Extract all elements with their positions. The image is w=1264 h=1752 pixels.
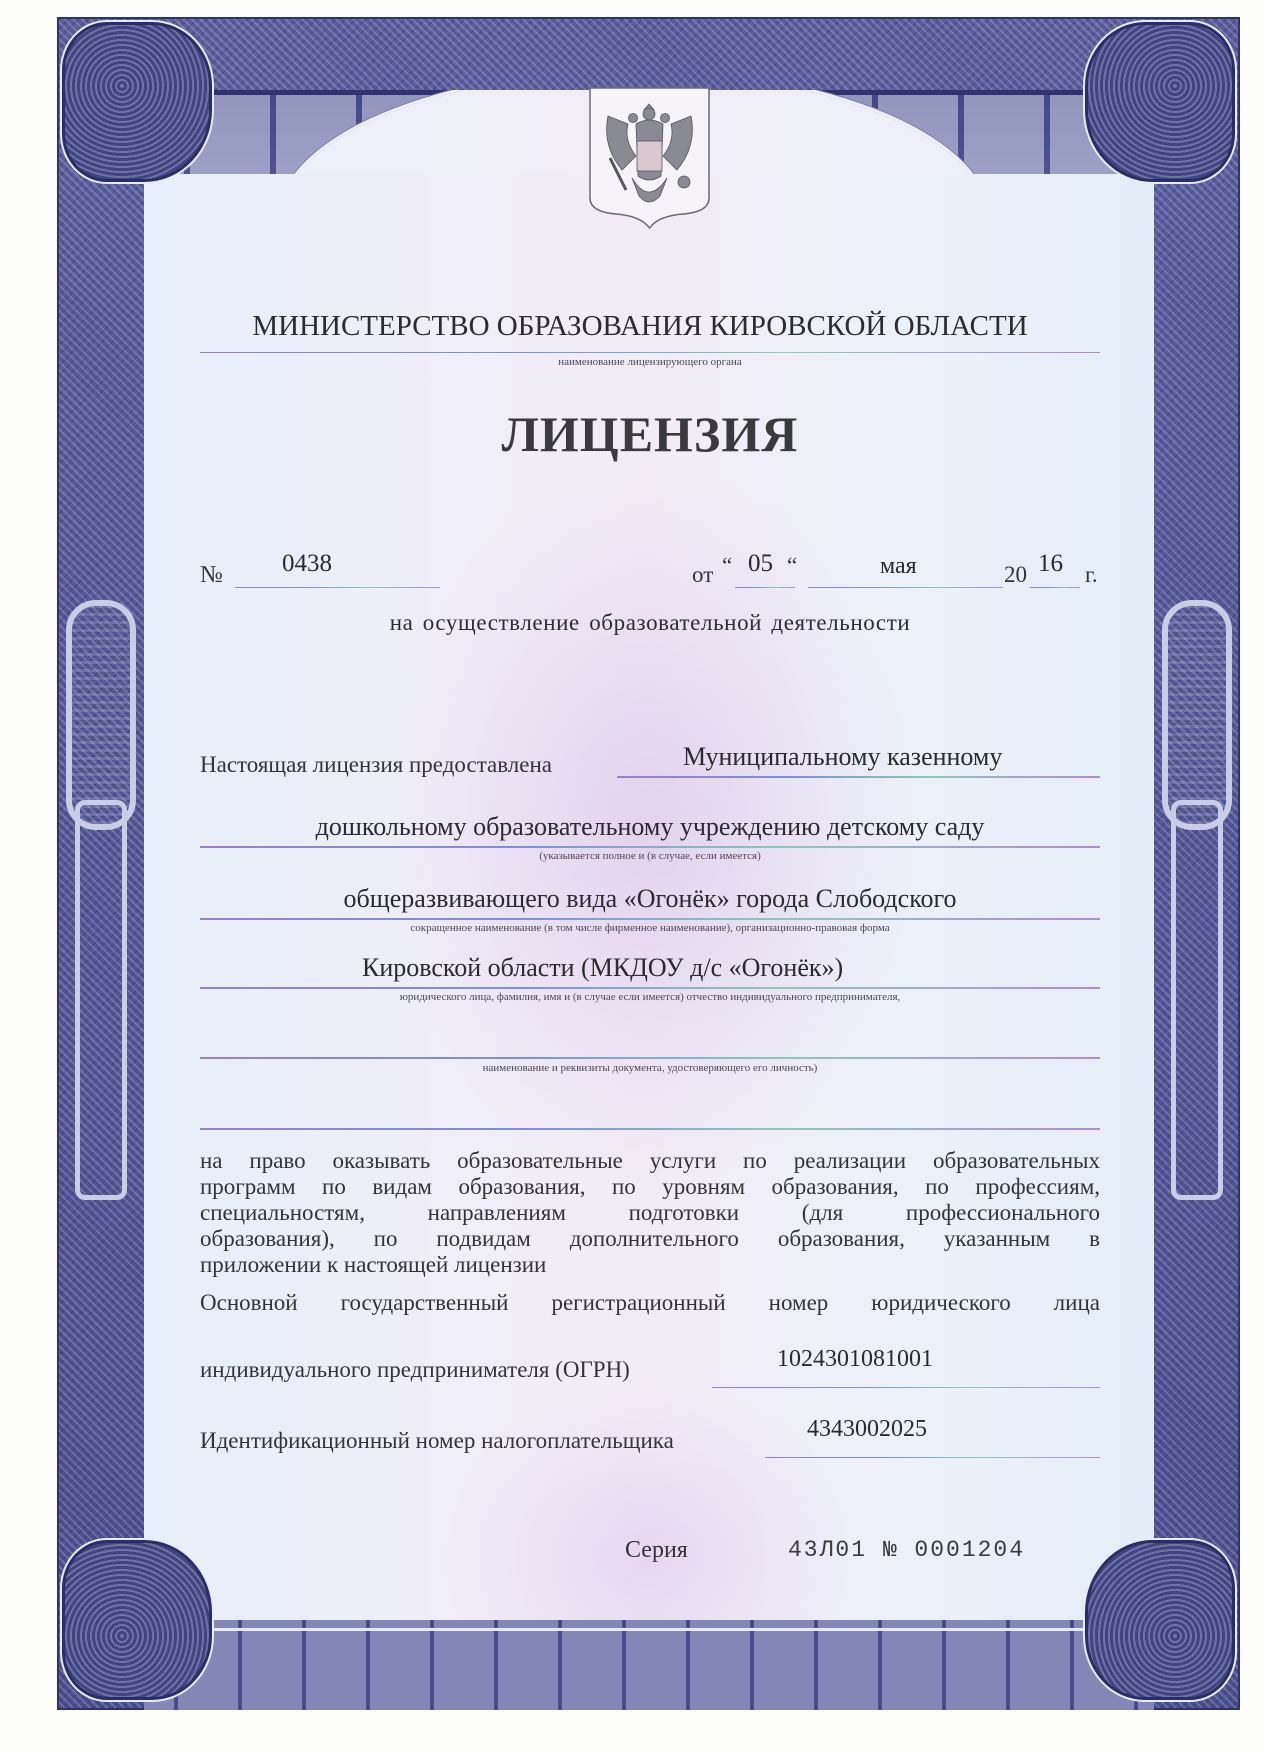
quote-open: “	[722, 553, 732, 579]
year-rule	[1030, 587, 1080, 588]
from-label: от	[692, 562, 713, 588]
coat-of-arms-icon	[588, 86, 711, 230]
licensee-rule-2	[200, 846, 1100, 848]
paragraph-line: приложении к настоящей лицензии	[200, 1252, 1100, 1278]
series-number: 43Л01 № 0001204	[788, 1537, 1025, 1563]
bottom-ornament-band	[144, 1620, 1154, 1710]
licensee-rule-3	[200, 918, 1100, 920]
ogrn-heading: Основной государственный регистрационный…	[200, 1290, 1100, 1316]
side-panel-ornament-icon	[1171, 800, 1223, 1200]
licensee-caption-4: юридического лица, фамилия, имя и (в слу…	[400, 991, 901, 1003]
knot-ornament-icon	[1162, 600, 1232, 830]
authority-rule	[200, 352, 1100, 353]
licensee-label: Настоящая лицензия предоставлена	[200, 752, 552, 778]
paragraph-line: на право оказывать образовательные услуг…	[200, 1148, 1100, 1174]
ogrn-value: 1024301081001	[777, 1346, 933, 1373]
licensee-line-1: Муниципальному казенному	[683, 742, 1002, 772]
day-rule	[735, 587, 795, 588]
licensee-line-4: Кировской области (МКДОУ д/с «Огонёк»)	[362, 953, 843, 983]
license-purpose: на осуществление образовательной деятель…	[200, 610, 1100, 636]
corner-ornament-icon	[62, 22, 212, 182]
side-panel-ornament-icon	[75, 800, 127, 1200]
licensee-caption-5: наименование и реквизиты документа, удос…	[483, 1062, 818, 1074]
corner-ornament-icon	[62, 1540, 212, 1700]
year-prefix: 20	[1004, 562, 1027, 588]
knot-ornament-icon	[66, 600, 136, 830]
inn-rule	[765, 1457, 1100, 1458]
blank-rule	[200, 1128, 1100, 1130]
number-sign: №	[200, 562, 223, 589]
rights-paragraph: на право оказывать образовательные услуг…	[200, 1148, 1100, 1278]
issue-year: 16	[1038, 550, 1063, 578]
paragraph-line: программ по видам образования, по уровня…	[200, 1174, 1100, 1200]
licensee-line-3: общеразвивающего вида «Огонёк» города Сл…	[200, 884, 1100, 914]
licensee-caption-2: (указывается полное и (в случае, если им…	[539, 850, 761, 862]
quote-close: “	[787, 553, 797, 579]
issue-month: мая	[880, 553, 917, 580]
paragraph-line: специальностям, направлениям подготовки …	[200, 1200, 1100, 1226]
licensee-rule-5	[200, 1057, 1100, 1059]
licensee-caption-3: сокращенное наименование (в том числе фи…	[410, 922, 889, 934]
ogrn-label: индивидуального предпринимателя (ОГРН)	[200, 1357, 630, 1383]
inn-label: Идентификационный номер налогоплательщик…	[200, 1428, 674, 1454]
paragraph-line: образования), по подвидам дополнительног…	[200, 1226, 1100, 1252]
licensee-line-2: дошкольному образовательному учреждению …	[200, 812, 1100, 842]
licensee-rule-4	[200, 987, 1100, 989]
page-title: ЛИЦЕНЗИЯ	[400, 405, 900, 463]
authority-caption: наименование лицензирующего органа	[558, 356, 742, 368]
corner-ornament-icon	[1085, 1540, 1235, 1700]
inn-value: 4343002025	[807, 1416, 927, 1443]
year-unit: г.	[1085, 562, 1098, 588]
number-rule	[235, 587, 440, 588]
corner-ornament-icon	[1085, 22, 1235, 182]
series-label: Серия	[625, 1537, 688, 1564]
license-number: 0438	[282, 550, 332, 578]
licensing-authority: МИНИСТЕРСТВО ОБРАЗОВАНИЯ КИРОВСКОЙ ОБЛАС…	[250, 310, 1030, 343]
month-rule	[808, 587, 1003, 588]
licensee-rule-1	[617, 776, 1100, 778]
issue-day: 05	[748, 550, 773, 578]
ogrn-rule	[712, 1387, 1100, 1388]
